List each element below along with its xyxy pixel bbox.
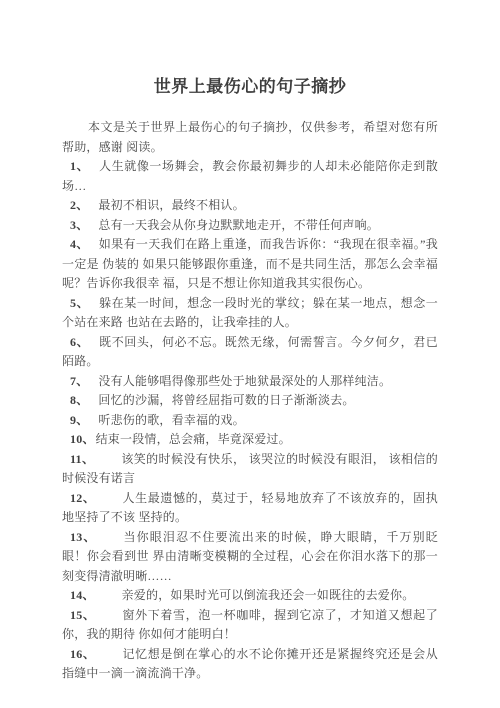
quote-number: 16、 [70,647,95,661]
quote-text: 总有一天我会从你身边默默地走开，不带任何声响。 [98,218,379,232]
quote-text: 结束一段情，总会痛，毕竟深爱过。 [96,432,291,446]
quote-item-7: 7、没有人能够唱得像那些处于地狱最深处的人那样纯洁。 [62,372,438,392]
quote-text: 没有人能够唱得像那些处于地狱最深处的人那样纯洁。 [98,374,391,388]
quote-text: 如果有一天我们在路上重逢，而我告诉你：“我现在很幸福。”我一定是 伪装的 如果只… [62,237,438,290]
quote-item-1: 1、人生就像一场舞会，教会你最初舞步的人却未必能陪你走到散场… [62,157,438,196]
document-title: 世界上最伤心的句子摘抄 [62,0,438,97]
quote-number: 13、 [70,530,97,544]
quote-text: 窗外下着雪，泡一杯咖啡，握到它凉了，才知道又想起了你，我的期待 你如何才能明白！ [62,608,438,642]
document-page: 世界上最伤心的句子摘抄 本文是关于世界上最伤心的句子摘抄，仅供参考，希望对您有所… [0,0,500,708]
quote-text: 人生就像一场舞会，教会你最初舞步的人却未必能陪你走到散场… [62,159,438,193]
quote-number: 6、 [70,335,89,349]
quote-text: 听悲伤的歌，看幸福的戏。 [98,413,244,427]
quote-item-9: 9、听悲伤的歌，看幸福的戏。 [62,411,438,431]
quote-item-13: 13、当你眼泪忍不住要流出来的时候，睁大眼睛，千万别眨眼！你会看到世 界由清晰变… [62,528,438,587]
quote-text: 当你眼泪忍不住要流出来的时候，睁大眼睛，千万别眨眼！你会看到世 界由清晰变模糊的… [62,530,438,583]
quote-text: 人生最遗憾的，莫过于，轻易地放弃了不该放弃的，固执地坚持了不该 坚持的。 [62,491,438,525]
quote-number: 9、 [70,413,88,427]
quote-number: 1、 [70,159,89,173]
quote-number: 8、 [70,393,88,407]
quote-number: 10、 [70,432,95,446]
quote-text: 既不回头，何必不忘。既然无缘，何需誓言。今夕何夕，君已陌路。 [62,335,438,369]
quote-item-2: 2、最初不相识，最终不相认。 [62,196,438,216]
quote-text: 记忆想是倒在掌心的水不论你摊开还是紧握终究还是会从指缝中一滴一滴流淌干净。 [62,647,438,681]
quote-number: 4、 [70,237,89,251]
quote-item-16: 16、记忆想是倒在掌心的水不论你摊开还是紧握终究还是会从指缝中一滴一滴流淌干净。 [62,645,438,684]
quote-item-3: 3、总有一天我会从你身边默默地走开，不带任何声响。 [62,216,438,236]
quote-item-11: 11、该笑的时候没有快乐， 该哭泣的时候没有眼泪， 该相信的时候没有诺言 [62,450,438,489]
quote-number: 5、 [70,296,89,310]
quote-item-8: 8、回忆的沙漏，将曾经屈指可数的日子渐渐淡去。 [62,391,438,411]
quote-text: 躲在某一时间，想念一段时光的掌纹；躲在某一地点，想念一个站在来路 也站在去路的，… [62,296,438,330]
quote-number: 11、 [70,452,94,466]
quote-item-4: 4、如果有一天我们在路上重逢，而我告诉你：“我现在很幸福。”我一定是 伪装的 如… [62,235,438,294]
quote-item-15: 15、窗外下着雪，泡一杯咖啡，握到它凉了，才知道又想起了你，我的期待 你如何才能… [62,606,438,645]
intro-paragraph: 本文是关于世界上最伤心的句子摘抄，仅供参考，希望对您有所帮助，感谢 阅读。 [62,118,438,157]
quote-text: 回忆的沙漏，将曾经屈指可数的日子渐渐淡去。 [98,393,354,407]
quote-number: 7、 [70,374,88,388]
quote-text: 最初不相识，最终不相认。 [98,198,244,212]
quote-item-10: 10、结束一段情，总会痛，毕竟深爱过。 [62,430,438,450]
quote-text: 该笑的时候没有快乐， 该哭泣的时候没有眼泪， 该相信的时候没有诺言 [62,452,438,486]
quote-number: 15、 [70,608,95,622]
quote-item-5: 5、躲在某一时间，想念一段时光的掌纹；躲在某一地点，想念一个站在来路 也站在去路… [62,294,438,333]
quote-item-14: 14、亲爱的，如果时光可以倒流我还会一如既往的去爱你。 [62,586,438,606]
quote-item-12: 12、人生最遗憾的，莫过于，轻易地放弃了不该放弃的，固执地坚持了不该 坚持的。 [62,489,438,528]
quote-number: 2、 [70,198,88,212]
quote-text: 亲爱的，如果时光可以倒流我还会一如既往的去爱你。 [122,588,415,602]
quote-number: 14、 [70,588,95,602]
quote-number: 12、 [70,491,95,505]
quote-item-6: 6、既不回头，何必不忘。既然无缘，何需誓言。今夕何夕，君已陌路。 [62,333,438,372]
quote-number: 3、 [70,218,88,232]
